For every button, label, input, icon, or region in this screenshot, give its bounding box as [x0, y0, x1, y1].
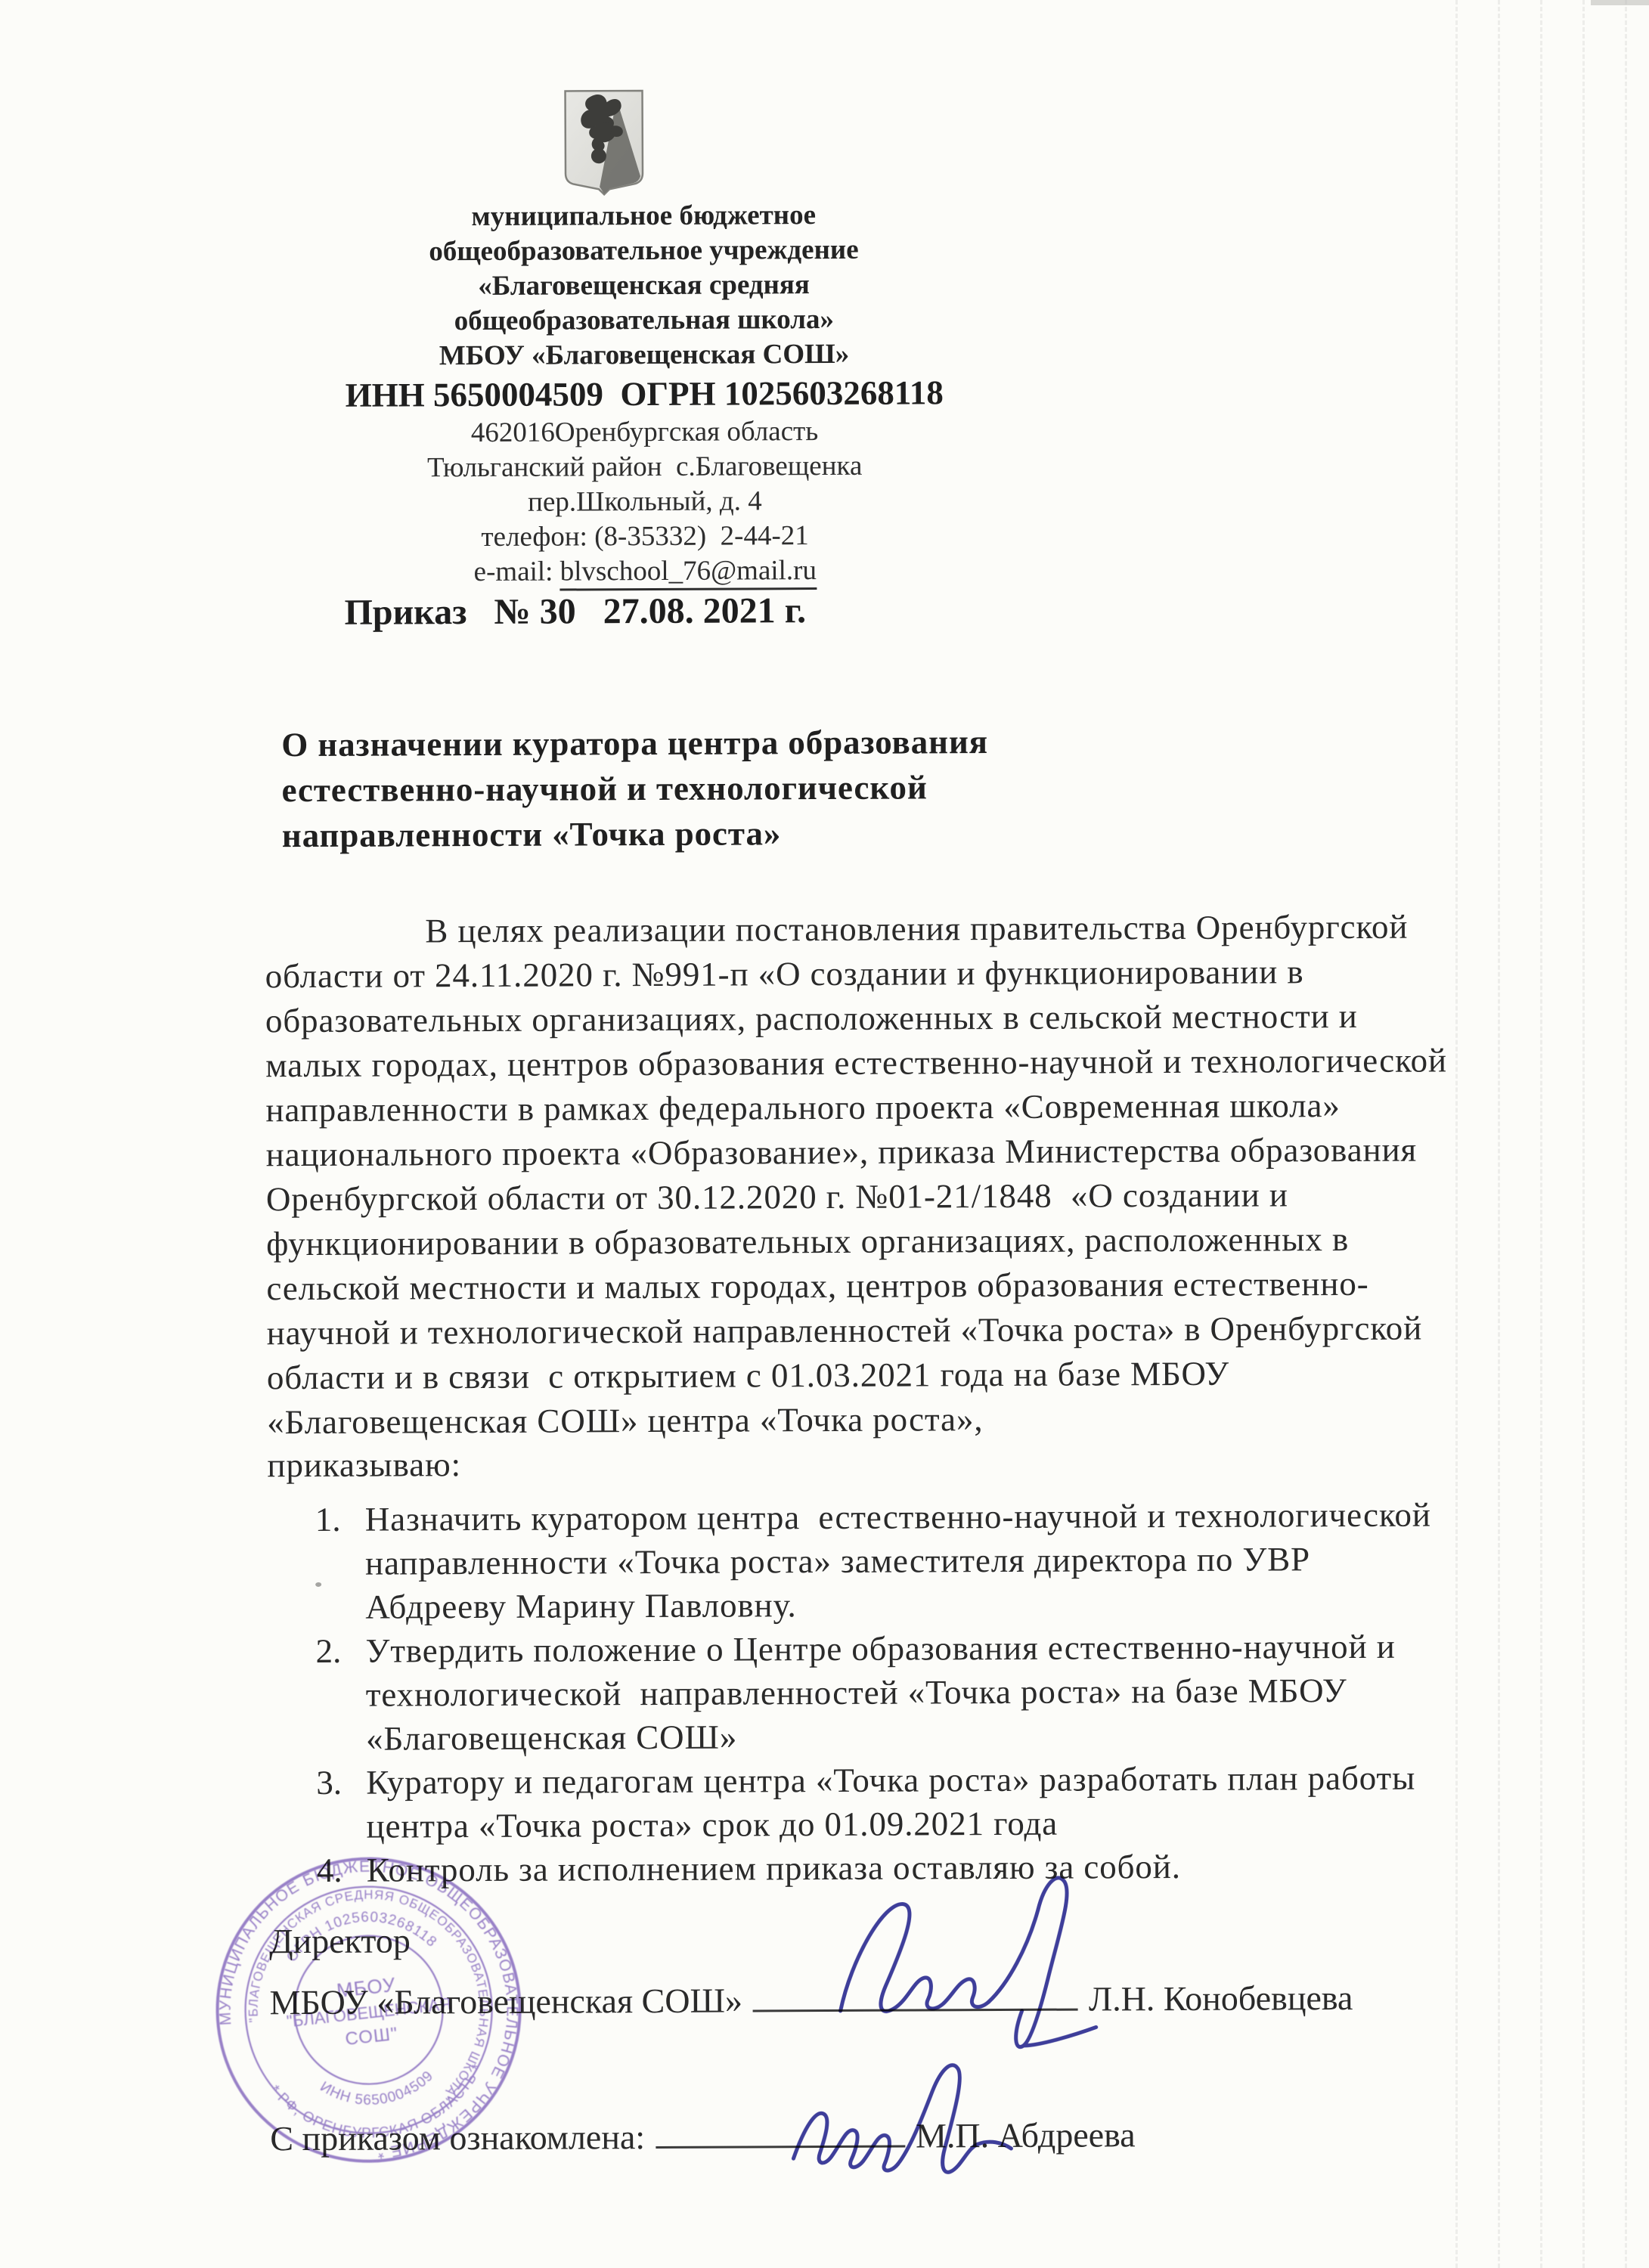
item-number: 3. — [316, 1761, 366, 1805]
decree-word: приказываю: — [267, 1442, 461, 1488]
item-text: Назначить куратором центра естественно-н… — [365, 1493, 1432, 1629]
email-address: blvschool_76@mail.ru — [560, 555, 817, 590]
email-label: e-mail: — [474, 556, 560, 587]
item-number: 2. — [315, 1629, 365, 1673]
director-name: Л.Н. Конобевцева — [1089, 1978, 1353, 2019]
list-item: 2. Утвердить положение о Центре образова… — [315, 1625, 1432, 1761]
inn-ogrn-line: ИНН 5650004509 ОГРН 1025603268118 — [274, 371, 1015, 417]
organization-name: муниципальное бюджетное общеобразователь… — [273, 197, 1015, 374]
order-preamble: В целях реализации постановления правите… — [265, 904, 1449, 1445]
item-text: Утвердить положение о Центре образования… — [365, 1625, 1396, 1761]
district-coat-of-arms-icon — [562, 88, 647, 196]
item-text: Куратору и педагогам центра «Точка роста… — [366, 1756, 1415, 1848]
stamp-center-line3: СОШ" — [344, 2024, 399, 2050]
stamp-inn-text: ИНН 5650004509 — [316, 2067, 439, 2115]
letterhead: муниципальное бюджетное общеобразователь… — [273, 197, 1015, 590]
stamp-center-line1: МБОУ — [336, 1973, 397, 2002]
scanned-order-document: муниципальное бюджетное общеобразователь… — [0, 0, 1649, 2268]
email-line: e-mail: blvschool_76@mail.ru — [274, 553, 1015, 590]
acknowledgement-handwritten-signature — [769, 2044, 1049, 2208]
list-item: 1. Назначить куратором центра естественн… — [315, 1493, 1432, 1629]
order-number-heading: Приказ № 30 27.08. 2021 г. — [344, 590, 806, 634]
scan-dot-artifact — [315, 1582, 321, 1587]
order-subject: О назначении куратора центра образования… — [281, 719, 988, 858]
item-number: 1. — [315, 1498, 365, 1541]
stamp-center-line2: "БЛАГОВЕЩЕНСКАЯ — [286, 1994, 452, 2031]
official-round-stamp: МУНИЦИПАЛЬНОЕ БЮДЖЕТНОЕ ОБЩЕОБРАЗОВАТЕЛЬ… — [187, 1828, 550, 2192]
address-lines: 462016Оренбургская область Тюльганский р… — [274, 414, 1015, 556]
